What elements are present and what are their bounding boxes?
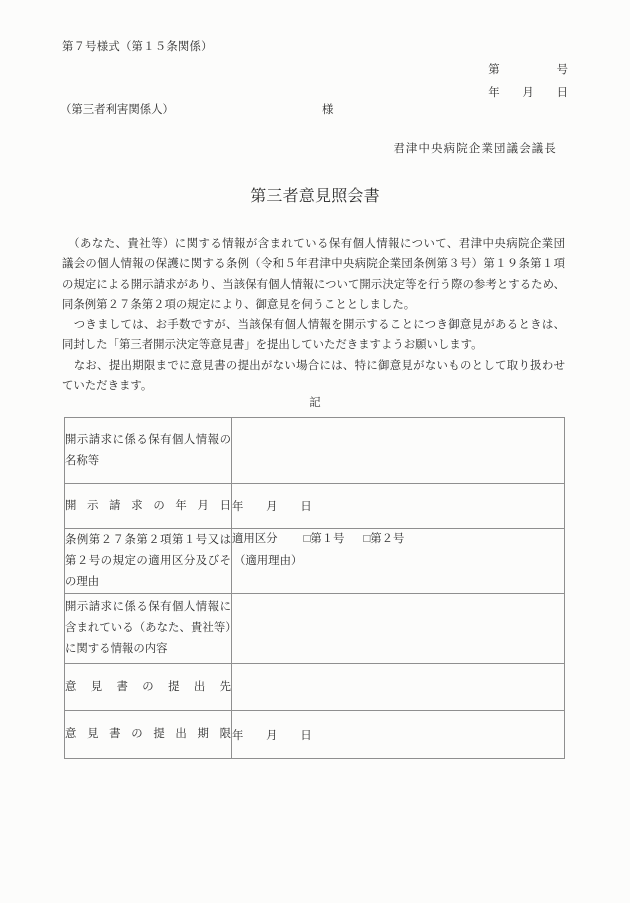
doc-number-block: 第 号 年 月 日 [488, 59, 568, 105]
table-row: 開示請求の年月日 年 月 日 [65, 484, 565, 529]
row-label: 開示請求の年月日 [65, 496, 231, 517]
row-label-cell: 開示請求に係る保有個人情報に含まれている（あなた、貴社等）に関する情報の内容 [65, 594, 232, 664]
row-value-cell [232, 594, 565, 664]
row-label-cell: 意見書の提出期限 [65, 711, 232, 759]
addressee-line: （第三者利害関係人） 様 [60, 101, 570, 117]
body-line: 同条例第２７条第２項の規定により、御意見を伺うこととしました。 [62, 295, 565, 315]
form-number: 第７号様式（第１５条関係） [62, 38, 213, 54]
apply-category-label: 適用区分 [232, 533, 278, 545]
body-line: なお、提出期限までに意見書の提出がない場合には、特に御意見がないものとして取り扱… [62, 356, 565, 376]
option-no1: □第１号 [303, 533, 344, 545]
body-text: （あなた、貴社等）に関する情報が含まれている保有個人情報について、君津中央病院企… [62, 234, 565, 396]
table-row: 意見書の提出期限 年 月 日 [65, 711, 565, 759]
row-label: 意見書の提出先 [65, 677, 231, 698]
row-value-cell [232, 418, 565, 484]
sender-title: 君津中央病院企業団議会議長 [393, 140, 557, 156]
row-value-cell [232, 664, 565, 711]
option-no2-label: 第２号 [370, 533, 404, 545]
row-value-cell: 適用区分 □第１号 □第２号 （適用理由） [232, 529, 565, 594]
body-line: 同封した「第三者開示決定等意見書」を提出していただきますようお願いします。 [62, 335, 565, 355]
document-title: 第三者意見照会書 [64, 183, 566, 206]
addressee-label: （第三者利害関係人） [60, 104, 174, 116]
doc-number-line: 第 号 [488, 59, 568, 82]
row-label: 開示請求に係る保有個人情報の名称等 [65, 430, 231, 472]
body-line: 議会の個人情報の保護に関する条例（令和５年君津中央病院企業団条例第３号）第１９条… [62, 254, 565, 274]
row-label: 意見書の提出期限 [65, 724, 231, 745]
body-line: の規定による開示請求があり、当該保有個人情報について開示決定等を行う際の参考とす… [62, 275, 565, 295]
row-value-cell: 年 月 日 [232, 711, 565, 759]
honorific-label: 様 [322, 101, 333, 117]
row-label-cell: 条例第２７条第２項第１号又は第２号の規定の適用区分及びその理由 [65, 529, 232, 594]
row-label-cell: 意見書の提出先 [65, 664, 232, 711]
apply-reason-label: （適用理由） [232, 551, 564, 573]
option-no2: □第２号 [363, 533, 404, 545]
row-label-cell: 開示請求の年月日 [65, 484, 232, 529]
row-label: 開示請求に係る保有個人情報に含まれている（あなた、貴社等）に関する情報の内容 [65, 597, 231, 660]
note-heading: 記 [64, 394, 566, 410]
details-table: 開示請求に係る保有個人情報の名称等 開示請求の年月日 年 月 日 条例第２７条第… [64, 417, 565, 759]
apply-category-line: 適用区分 □第１号 □第２号 [232, 529, 564, 551]
row-label-cell: 開示請求に係る保有個人情報の名称等 [65, 418, 232, 484]
row-label: 条例第２７条第２項第１号又は第２号の規定の適用区分及びその理由 [65, 530, 231, 593]
row-value-cell: 年 月 日 [232, 484, 565, 529]
table-row: 開示請求に係る保有個人情報に含まれている（あなた、貴社等）に関する情報の内容 [65, 594, 565, 664]
table-row: 条例第２７条第２項第１号又は第２号の規定の適用区分及びその理由 適用区分 □第１… [65, 529, 565, 594]
body-line: つきましては、お手数ですが、当該保有個人情報を開示することにつき御意見があるとき… [62, 315, 565, 335]
body-line: （あなた、貴社等）に関する情報が含まれている保有個人情報について、君津中央病院企… [62, 234, 565, 254]
option-no1-label: 第１号 [310, 533, 344, 545]
table-row: 開示請求に係る保有個人情報の名称等 [65, 418, 565, 484]
table-row: 意見書の提出先 [65, 664, 565, 711]
document-page: 第７号様式（第１５条関係） 第 号 年 月 日 （第三者利害関係人） 様 君津中… [0, 0, 630, 903]
